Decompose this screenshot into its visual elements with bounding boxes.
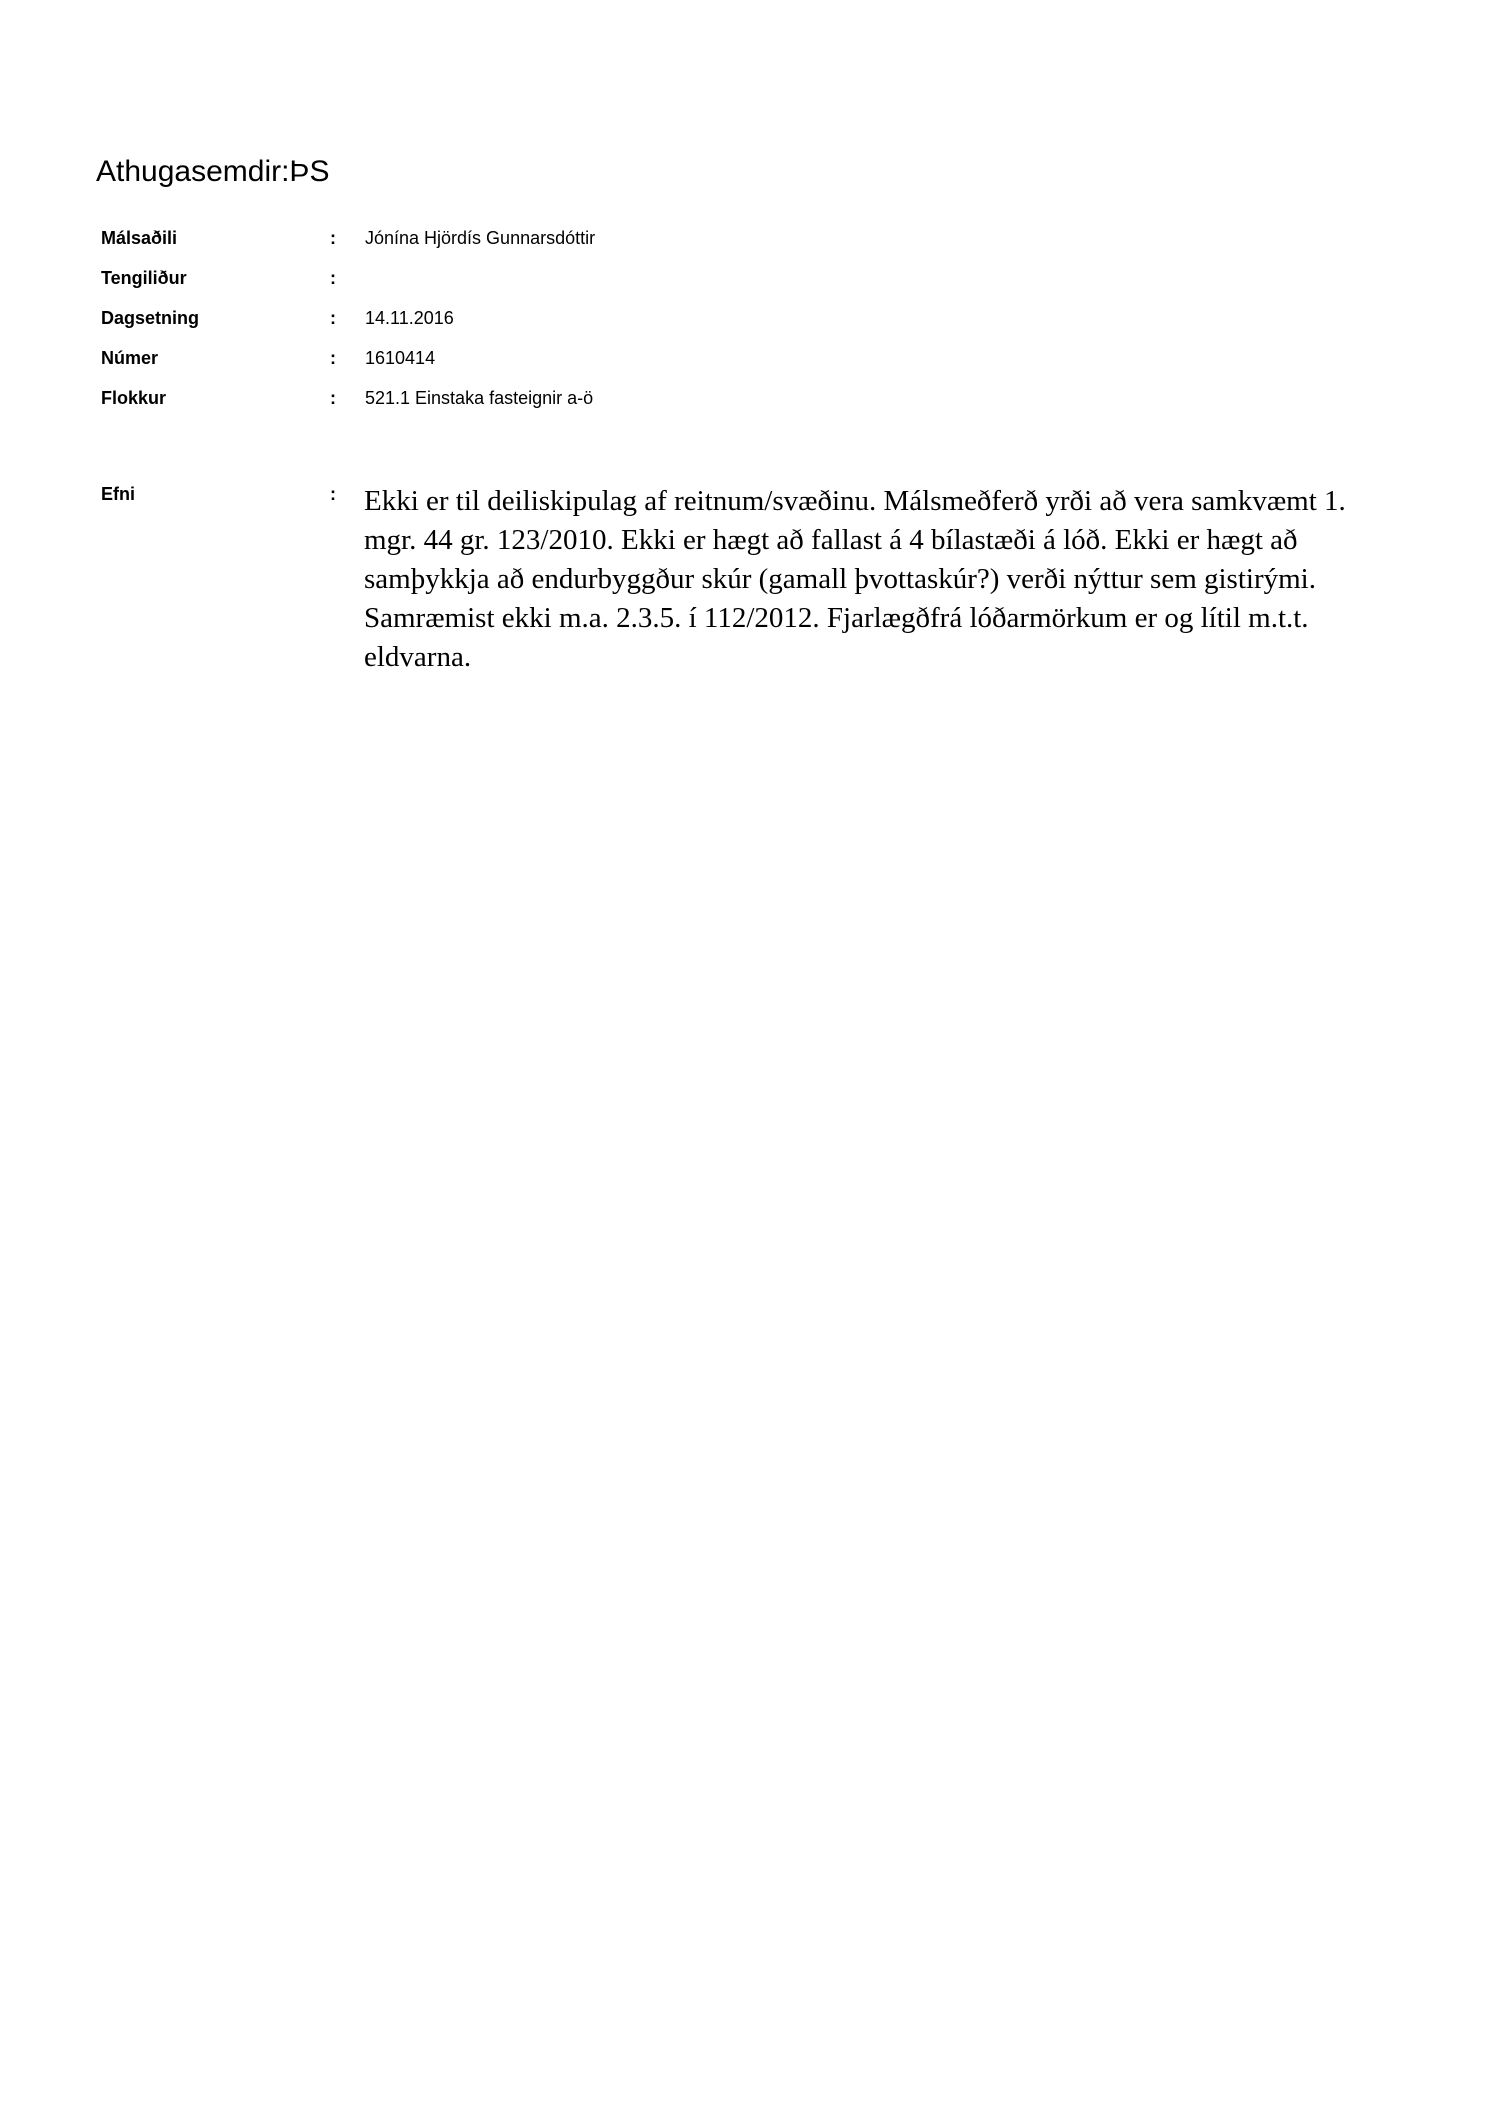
efni-line: Samræmist ekki m.a. 2.3.5. í 112/2012. F… — [364, 599, 1404, 638]
efni-separator: : — [330, 482, 336, 506]
field-label: Flokkur — [101, 386, 166, 410]
efni-line: mgr. 44 gr. 123/2010. Ekki er hægt að fa… — [364, 521, 1404, 560]
field-label: Tengiliður — [101, 266, 187, 290]
field-row-dagsetning: Dagsetning : 14.11.2016 — [0, 306, 1500, 330]
field-separator: : — [330, 266, 336, 290]
field-label: Númer — [101, 346, 158, 370]
efni-body-text: Ekki er til deiliskipulag af reitnum/svæ… — [364, 482, 1404, 677]
field-value: 1610414 — [365, 346, 435, 370]
field-row-numer: Númer : 1610414 — [0, 346, 1500, 370]
field-row-malsadili: Málsaðili : Jónína Hjördís Gunnarsdóttir — [0, 226, 1500, 250]
efni-line: Ekki er til deiliskipulag af reitnum/svæ… — [364, 482, 1404, 521]
document-page: Athugasemdir:ÞS Málsaðili : Jónína Hjörd… — [0, 0, 1500, 2123]
field-row-tengilidur: Tengiliður : — [0, 266, 1500, 290]
efni-label: Efni — [101, 482, 135, 506]
field-value: 14.11.2016 — [365, 306, 454, 330]
efni-line: samþykkja að endurbyggður skúr (gamall þ… — [364, 560, 1404, 599]
field-separator: : — [330, 346, 336, 370]
document-title: Athugasemdir:ÞS — [96, 154, 329, 190]
field-label: Dagsetning — [101, 306, 199, 330]
field-row-flokkur: Flokkur : 521.1 Einstaka fasteignir a-ö — [0, 386, 1500, 410]
field-value: 521.1 Einstaka fasteignir a-ö — [365, 386, 593, 410]
field-value: Jónína Hjördís Gunnarsdóttir — [365, 226, 595, 250]
field-separator: : — [330, 226, 336, 250]
field-separator: : — [330, 386, 336, 410]
field-separator: : — [330, 306, 336, 330]
field-label: Málsaðili — [101, 226, 177, 250]
efni-line: eldvarna. — [364, 638, 1404, 677]
